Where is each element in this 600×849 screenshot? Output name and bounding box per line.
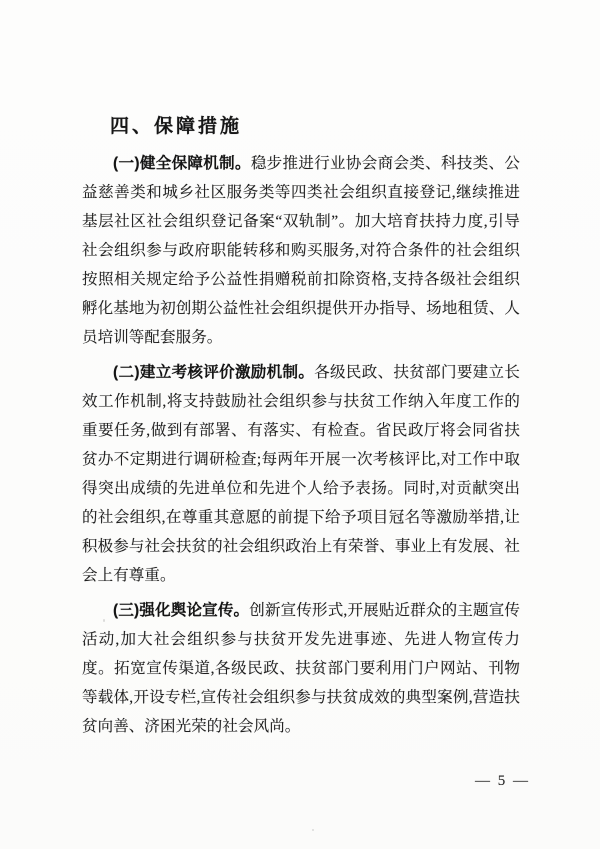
paragraph-2-text: 各级民政、扶贫部门要建立长效工作机制,将支持鼓励社会组织参与扶贫工作纳入年度工作… — [82, 364, 520, 584]
paragraph-1: (一)健全保障机制。稳步推进行业协会商会类、科技类、公益慈善类和城乡社区服务类等… — [82, 149, 520, 352]
paragraph-2: (二)建立考核评价激励机制。各级民政、扶贫部门要建立长效工作机制,将支持鼓励社会… — [82, 358, 520, 590]
scan-speck — [312, 829, 314, 831]
section-heading: 四、保障措施 — [110, 114, 520, 140]
paragraph-2-lead: (二)建立考核评价激励机制。 — [113, 364, 314, 381]
page-number: — 5 — — [475, 773, 530, 790]
paragraph-3-lead: (三)强化舆论宣传。 — [113, 602, 249, 619]
paragraph-3-text: 创新宣传形式,开展贴近群众的主题宣传活动,加大社会组织参与扶贫开发先进事迹、先进… — [82, 602, 520, 735]
paragraph-3: (三)强化舆论宣传。创新宣传形式,开展贴近群众的主题宣传活动,加大社会组织参与扶… — [82, 596, 520, 741]
paragraph-1-text: 稳步推进行业协会商会类、科技类、公益慈善类和城乡社区服务类等四类社会组织直接登记… — [82, 155, 520, 346]
paragraph-1-lead: (一)健全保障机制。 — [113, 155, 251, 172]
scanned-document-page: 四、保障措施 (一)健全保障机制。稳步推进行业协会商会类、科技类、公益慈善类和城… — [0, 0, 600, 849]
scan-speck — [428, 313, 431, 315]
document-body: 四、保障措施 (一)健全保障机制。稳步推进行业协会商会类、科技类、公益慈善类和城… — [82, 114, 520, 741]
scan-speck — [103, 619, 105, 622]
